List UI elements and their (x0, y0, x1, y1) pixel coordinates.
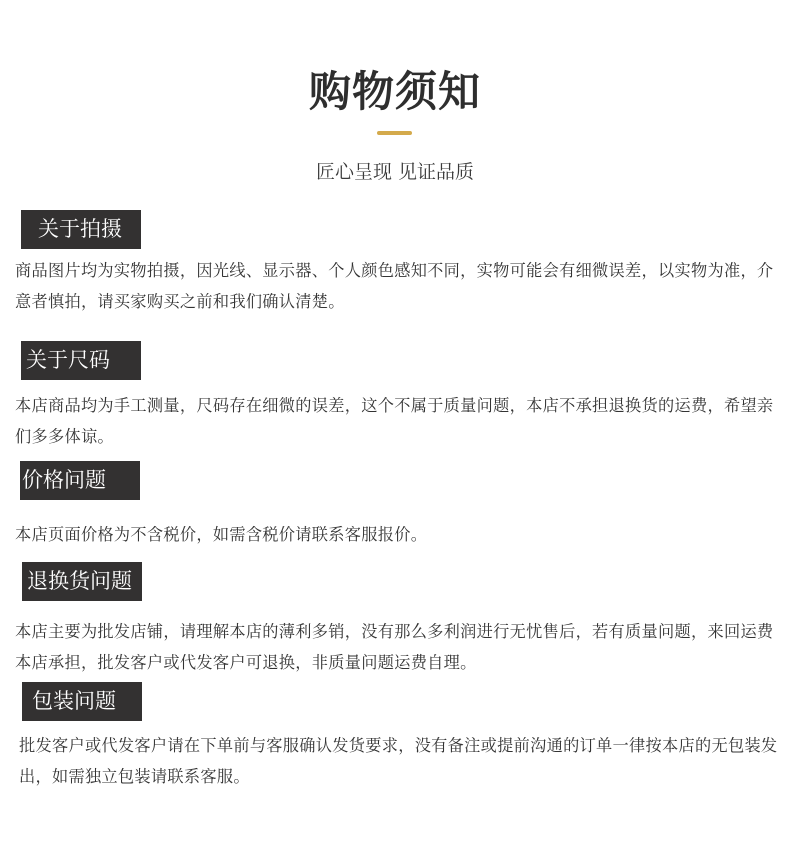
section-body-pricing: 本店页面价格为不含税价，如需含税价请联系客服报价。 (15, 519, 775, 550)
title-accent-bar (377, 131, 412, 135)
section-heading-packaging: 包装问题 (22, 682, 142, 721)
section-heading-photography: 关于拍摄 (21, 210, 141, 249)
section-heading-sizing: 关于尺码 (21, 341, 141, 380)
section-body-sizing: 本店商品均为手工测量，尺码存在细微的误差，这个不属于质量问题，本店不承担退换货的… (15, 390, 775, 452)
section-body-packaging: 批发客户或代发客户请在下单前与客服确认发货要求，没有备注或提前沟通的订单一律按本… (19, 730, 779, 792)
section-heading-pricing: 价格问题 (20, 461, 140, 500)
section-body-returns: 本店主要为批发店铺，请理解本店的薄利多销，没有那么多利润进行无忧售后，若有质量问… (15, 616, 775, 678)
page-title: 购物须知 (0, 62, 790, 122)
section-heading-returns: 退换货问题 (22, 562, 142, 601)
section-body-photography: 商品图片均为实物拍摄，因光线、显示器、个人颜色感知不同，实物可能会有细微误差，以… (15, 255, 775, 317)
page-subtitle: 匠心呈现 见证品质 (0, 158, 790, 186)
